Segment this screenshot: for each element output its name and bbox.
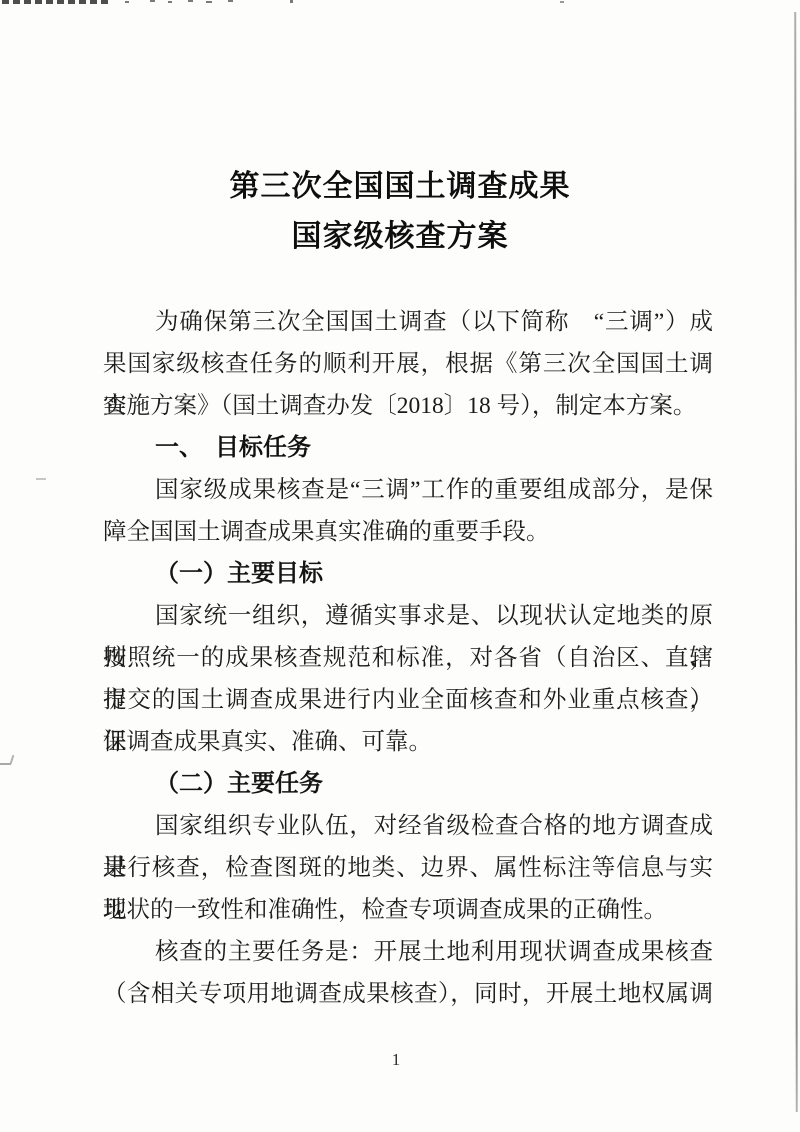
title-line-1: 第三次全国国土调查成果 [0, 162, 800, 212]
section-heading-1: 一、 目标任务 [103, 427, 713, 469]
scan-artifact-dot [560, 1, 564, 3]
body-line: 实施方案》（国土调查办发〔2018〕18 号），制定本方案。 [103, 385, 713, 427]
body-line: 为确保第三次全国国土调查（以下简称 “三调”）成 [103, 301, 713, 343]
body-line: 按照统一的成果核查规范和标准，对各省（自治区、直辖市） [103, 637, 713, 679]
scan-artifact-dot [168, 1, 172, 3]
scan-artifact-dot [206, 1, 212, 3]
body-line: 现状的一致性和准确性，检查专项调查成果的正确性。 [103, 889, 713, 931]
body-line: 核查的主要任务是：开展土地利用现状调查成果核查 [103, 931, 713, 973]
scan-artifact-dot [290, 0, 293, 3]
document-body: 为确保第三次全国国土调查（以下简称 “三调”）成 果国家级核查任务的顺利开展，根… [103, 301, 713, 1015]
body-line: 国家组织专业队伍，对经省级检查合格的地方调查成果 [103, 805, 713, 847]
body-line: 进行核查，检查图斑的地类、边界、属性标注等信息与实地 [103, 847, 713, 889]
body-line: 障全国国土调查成果真实准确的重要手段。 [103, 511, 713, 553]
scan-artifact-dot [228, 0, 233, 2]
scan-artifact-left-mark [36, 478, 46, 480]
scan-artifact-left-mark [10, 755, 15, 764]
body-line: （含相关专项用地调查成果核查），同时，开展土地权属调 [103, 973, 713, 1015]
scan-artifact-dot [125, 1, 129, 3]
document-title: 第三次全国国土调查成果 国家级核查方案 [0, 162, 800, 262]
body-line: 果国家级核查任务的顺利开展，根据《第三次全国国土调查 [103, 343, 713, 385]
scan-artifact-top-dashes [2, 0, 110, 4]
body-line: 国家统一组织，遵循实事求是、以现状认定地类的原则， [103, 595, 713, 637]
scan-artifact-dot [188, 0, 193, 2]
title-line-2: 国家级核查方案 [0, 212, 800, 262]
subsection-heading-1-2: （二）主要任务 [103, 763, 713, 805]
body-line: 提交的国土调查成果进行内业全面核查和外业重点核查，保 [103, 679, 713, 721]
scan-artifact-dot [150, 0, 155, 2]
body-line: 证调查成果真实、准确、可靠。 [103, 721, 713, 763]
body-line: 国家级成果核查是“三调”工作的重要组成部分，是保 [103, 469, 713, 511]
document-page: 第三次全国国土调查成果 国家级核查方案 为确保第三次全国国土调查（以下简称 “三… [0, 0, 800, 1132]
subsection-heading-1-1: （一）主要目标 [103, 553, 713, 595]
page-number: 1 [0, 1048, 792, 1072]
